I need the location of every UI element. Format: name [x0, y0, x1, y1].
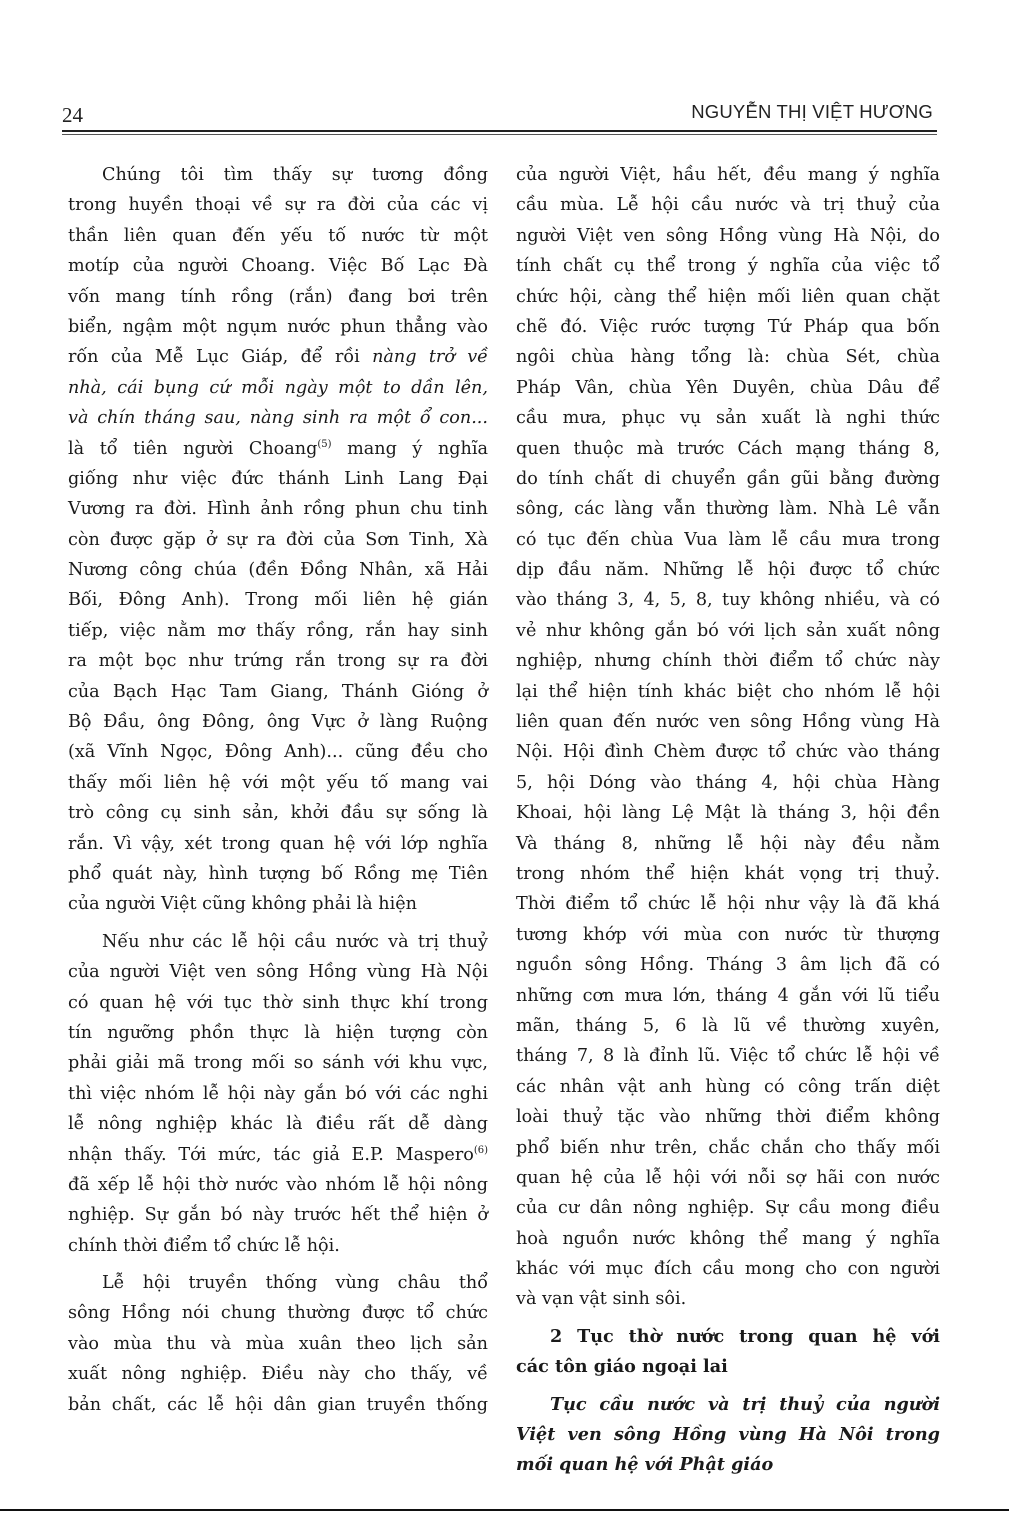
- text-line: nghiệp, nhưng chính thời điểm tổ chức nà…: [516, 646, 940, 676]
- text-line: nguồn sông Hồng. Tháng 3 âm lịch đã có: [516, 950, 940, 980]
- text-line: xuất nông nghiệp. Điều này cho thấy, về: [68, 1359, 488, 1389]
- text-line: ngôi chùa hàng tổng là: chùa Sét, chùa: [516, 342, 940, 372]
- text-line: quen thuộc mà trước Cách mạng tháng 8,: [516, 434, 940, 464]
- header-rule-thin: [62, 134, 937, 135]
- text-line: giống như việc đức thánh Linh Lang Đại: [68, 464, 488, 494]
- text-line: bản chất, các lễ hội dân gian truyền thố…: [68, 1390, 488, 1420]
- text-line: khác với mục đích cầu mong cho con người: [516, 1254, 940, 1284]
- text-line: biển, ngậm một ngụm nước phun thẳng vào: [68, 312, 488, 342]
- italic-quote-line: nhà, cái bụng cứ mỗi ngày một to dần lên…: [68, 373, 488, 403]
- text-line: thấy mối liên hệ với một yếu tố mang vai: [68, 768, 488, 798]
- text-line: có tục đến chùa Vua làm lễ cầu mưa trong: [516, 525, 940, 555]
- paragraph-gap: [68, 1261, 488, 1268]
- text-line: phổ biến như trên, chắc chắn cho thấy mố…: [516, 1133, 940, 1163]
- running-head: NGUYỄN THỊ VIỆT HƯƠNG: [691, 101, 933, 123]
- text-line: Lễ hội truyền thống vùng châu thổ: [68, 1268, 488, 1298]
- section-heading: 2 Tục thờ nước trong quan hệ với các tôn…: [516, 1322, 940, 1383]
- text-line: Bối, Đông Anh). Trong mối liên hệ gián: [68, 585, 488, 615]
- subheading-line: Tục cầu nước và trị thuỷ của người: [516, 1390, 940, 1420]
- text-span: là tổ tiên người Choang: [68, 439, 317, 459]
- paragraph-gap: [68, 920, 488, 927]
- text-line: của Bạch Hạc Tam Giang, Thánh Gióng ở: [68, 677, 488, 707]
- section-heading-line: các tôn giáo ngoại lai: [516, 1352, 940, 1382]
- subheading: Tục cầu nước và trị thuỷ của người Việt …: [516, 1390, 940, 1481]
- text-line: loài thuỷ tặc vào những thời điểm không: [516, 1102, 940, 1132]
- text-line: motíp của người Choang. Việc Bố Lạc Đà: [68, 251, 488, 281]
- text-line: quan hệ của lễ hội với nỗi sợ hãi con nư…: [516, 1163, 940, 1193]
- text-line: tín ngưỡng phồn thực là hiện tượng còn: [68, 1018, 488, 1048]
- text-line: vào tháng 3, 4, 5, 8, tuy không nhiều, v…: [516, 585, 940, 615]
- text-span: mang ý nghĩa: [332, 439, 489, 459]
- text-line: dịp đầu năm. Những lễ hội được tổ chức: [516, 555, 940, 585]
- paragraph-gap: [516, 1315, 940, 1322]
- right-column: của người Việt, hầu hết, đều mang ý nghĩ…: [516, 160, 940, 1481]
- text-line: của người Việt cũng không phải là hiện: [68, 889, 488, 919]
- footnote-ref-6[interactable]: (6): [474, 1145, 488, 1156]
- text-line: đã xếp lễ hội thờ nước vào nhóm lễ hội n…: [68, 1170, 488, 1200]
- text-line: có quan hệ với tục thờ sinh thực khí tro…: [68, 988, 488, 1018]
- text-line: người Việt ven sông Hồng vùng Hà Nội, do: [516, 221, 940, 251]
- text-line: phải giải mã trong mối so sánh với khu v…: [68, 1048, 488, 1078]
- text-line: của người Việt, hầu hết, đều mang ý nghĩ…: [516, 160, 940, 190]
- text-line: cầu mùa. Lễ hội cầu nước và trị thuỷ của: [516, 190, 940, 220]
- text-line: vẻ như không gắn bó với lịch sản xuất nô…: [516, 616, 940, 646]
- text-line: tháng 7, 8 là đỉnh lũ. Việc tổ chức lễ h…: [516, 1041, 940, 1071]
- paragraph-3: Lễ hội truyền thống vùng châu thổ sông H…: [68, 1268, 488, 1420]
- text-line: lại thể hiện tính khác biệt cho nhóm lễ …: [516, 677, 940, 707]
- text-line: các nhân vật anh hùng có công trấn diệt: [516, 1072, 940, 1102]
- text-line: Pháp Vân, chùa Yên Duyên, chùa Dâu để: [516, 373, 940, 403]
- text-line: Khoai, hội làng Lệ Mật là tháng 3, hội đ…: [516, 798, 940, 828]
- text-line: rốn của Mễ Lục Giáp, để rồi nàng trở về: [68, 342, 488, 372]
- text-line: ra một bọc như trứng rắn trong sự ra đời: [68, 646, 488, 676]
- text-line: do tính chất di chuyển gần gũi bằng đườn…: [516, 464, 940, 494]
- paragraph-gap: [516, 1383, 940, 1390]
- section-heading-line: 2 Tục thờ nước trong quan hệ với: [516, 1322, 940, 1352]
- text-line: còn được gặp ở sự ra đời của Sơn Tinh, X…: [68, 525, 488, 555]
- text-line: Nương công chúa (đền Đồng Nhân, xã Hải: [68, 555, 488, 585]
- text-line: chẽ đó. Việc rước tượng Tứ Pháp qua bốn: [516, 312, 940, 342]
- text-line: của cư dân nông nghiệp. Sự cầu mong điều: [516, 1193, 940, 1223]
- paragraph-2: Nếu như các lễ hội cầu nước và trị thuỷ …: [68, 927, 488, 1261]
- footnote-ref-5[interactable]: (5): [317, 439, 331, 450]
- text-line: của người Việt ven sông Hồng vùng Hà Nội: [68, 957, 488, 987]
- bottom-rule: [0, 1509, 1009, 1511]
- text-line: tính chất cụ thể trong ý nghĩa của việc …: [516, 251, 940, 281]
- text-line: cầu mưa, phục vụ sản xuất là nghi thức: [516, 403, 940, 433]
- text-line: Nội. Hội đình Chèm được tổ chức vào thán…: [516, 737, 940, 767]
- text-line: vốn mang tính rồng (rắn) đang bơi trên: [68, 282, 488, 312]
- text-line: (xã Vĩnh Ngọc, Đông Anh)... cũng đều cho: [68, 737, 488, 767]
- text-line: những cơn mưa lớn, tháng 4 gắn với lũ ti…: [516, 981, 940, 1011]
- text-line: hoà nguồn nước không thể mang ý nghĩa: [516, 1224, 940, 1254]
- text-line: Nếu như các lễ hội cầu nước và trị thuỷ: [68, 927, 488, 957]
- text-line: Và tháng 8, những lễ hội này đều nằm: [516, 829, 940, 859]
- text-line: và vạn vật sinh sôi.: [516, 1284, 940, 1314]
- italic-quote-line: và chín tháng sau, nàng sinh ra một ổ co…: [68, 403, 488, 433]
- text-line: sông, các làng vẫn thường làm. Nhà Lê vẫ…: [516, 494, 940, 524]
- text-line: Bộ Đầu, ông Đông, ông Vực ở làng Ruộng: [68, 707, 488, 737]
- text-line: trong huyền thoại về sự ra đời của các v…: [68, 190, 488, 220]
- text-line: vào mùa thu và mùa xuân theo lịch sản: [68, 1329, 488, 1359]
- paragraph-1: Chúng tôi tìm thấy sự tương đồng trong h…: [68, 160, 488, 920]
- text-line: chính thời điểm tổ chức lễ hội.: [68, 1231, 488, 1261]
- header-rule: [62, 130, 937, 132]
- text-line: lễ nông nghiệp khác là điều rất dễ dàng: [68, 1109, 488, 1139]
- text-line: trò công cụ sinh sản, khởi đầu sự sống l…: [68, 798, 488, 828]
- page-number: 24: [62, 103, 83, 128]
- text-line: Thời điểm tổ chức lễ hội như vậy là đã k…: [516, 889, 940, 919]
- text-line: tương khớp với mùa con nước từ thượng: [516, 920, 940, 950]
- text-line: sông Hồng nói chung thường được tổ chức: [68, 1298, 488, 1328]
- text-line: là tổ tiên người Choang(5) mang ý nghĩa: [68, 434, 488, 464]
- subheading-line: mối quan hệ với Phật giáo: [516, 1450, 940, 1480]
- text-line: thì việc nhóm lễ hội này gắn bó với các …: [68, 1079, 488, 1109]
- text-line: chức hội, càng thể hiện mối liên quan ch…: [516, 282, 940, 312]
- text-line: nhận thấy. Tới mức, tác giả E.P. Maspero…: [68, 1140, 488, 1170]
- text-line: 5, hội Dóng vào tháng 4, hội chùa Hàng: [516, 768, 940, 798]
- text-line: tiếp, việc nằm mơ thấy rồng, rắn hay sin…: [68, 616, 488, 646]
- text-line: phổ quát này, hình tượng bố Rồng mẹ Tiên: [68, 859, 488, 889]
- left-column: Chúng tôi tìm thấy sự tương đồng trong h…: [68, 160, 488, 1420]
- text-line: rắn. Vì vậy, xét trong quan hệ với lớp n…: [68, 829, 488, 859]
- paragraph-continued: của người Việt, hầu hết, đều mang ý nghĩ…: [516, 160, 940, 1315]
- italic-quote: nàng trở về: [372, 347, 488, 367]
- text-line: Chúng tôi tìm thấy sự tương đồng: [68, 160, 488, 190]
- text-line: trong nhóm thể hiện khát vọng trị thuỷ.: [516, 859, 940, 889]
- text-span: nhận thấy. Tới mức, tác giả E.P. Maspero: [68, 1145, 474, 1165]
- text-line: nghiệp. Sự gắn bó này trước hết thể hiện…: [68, 1200, 488, 1230]
- subheading-line: Việt ven sông Hồng vùng Hà Nôi trong: [516, 1420, 940, 1450]
- text-line: mãn, tháng 5, 6 là lũ về thường xuyên,: [516, 1011, 940, 1041]
- text-span: rốn của Mễ Lục Giáp, để rồi: [68, 347, 372, 367]
- text-line: liên quan đến nước ven sông Hồng vùng Hà: [516, 707, 940, 737]
- text-line: Vương ra đời. Hình ảnh rồng phun chu tin…: [68, 494, 488, 524]
- text-line: thần liên quan đến yếu tố nước từ một: [68, 221, 488, 251]
